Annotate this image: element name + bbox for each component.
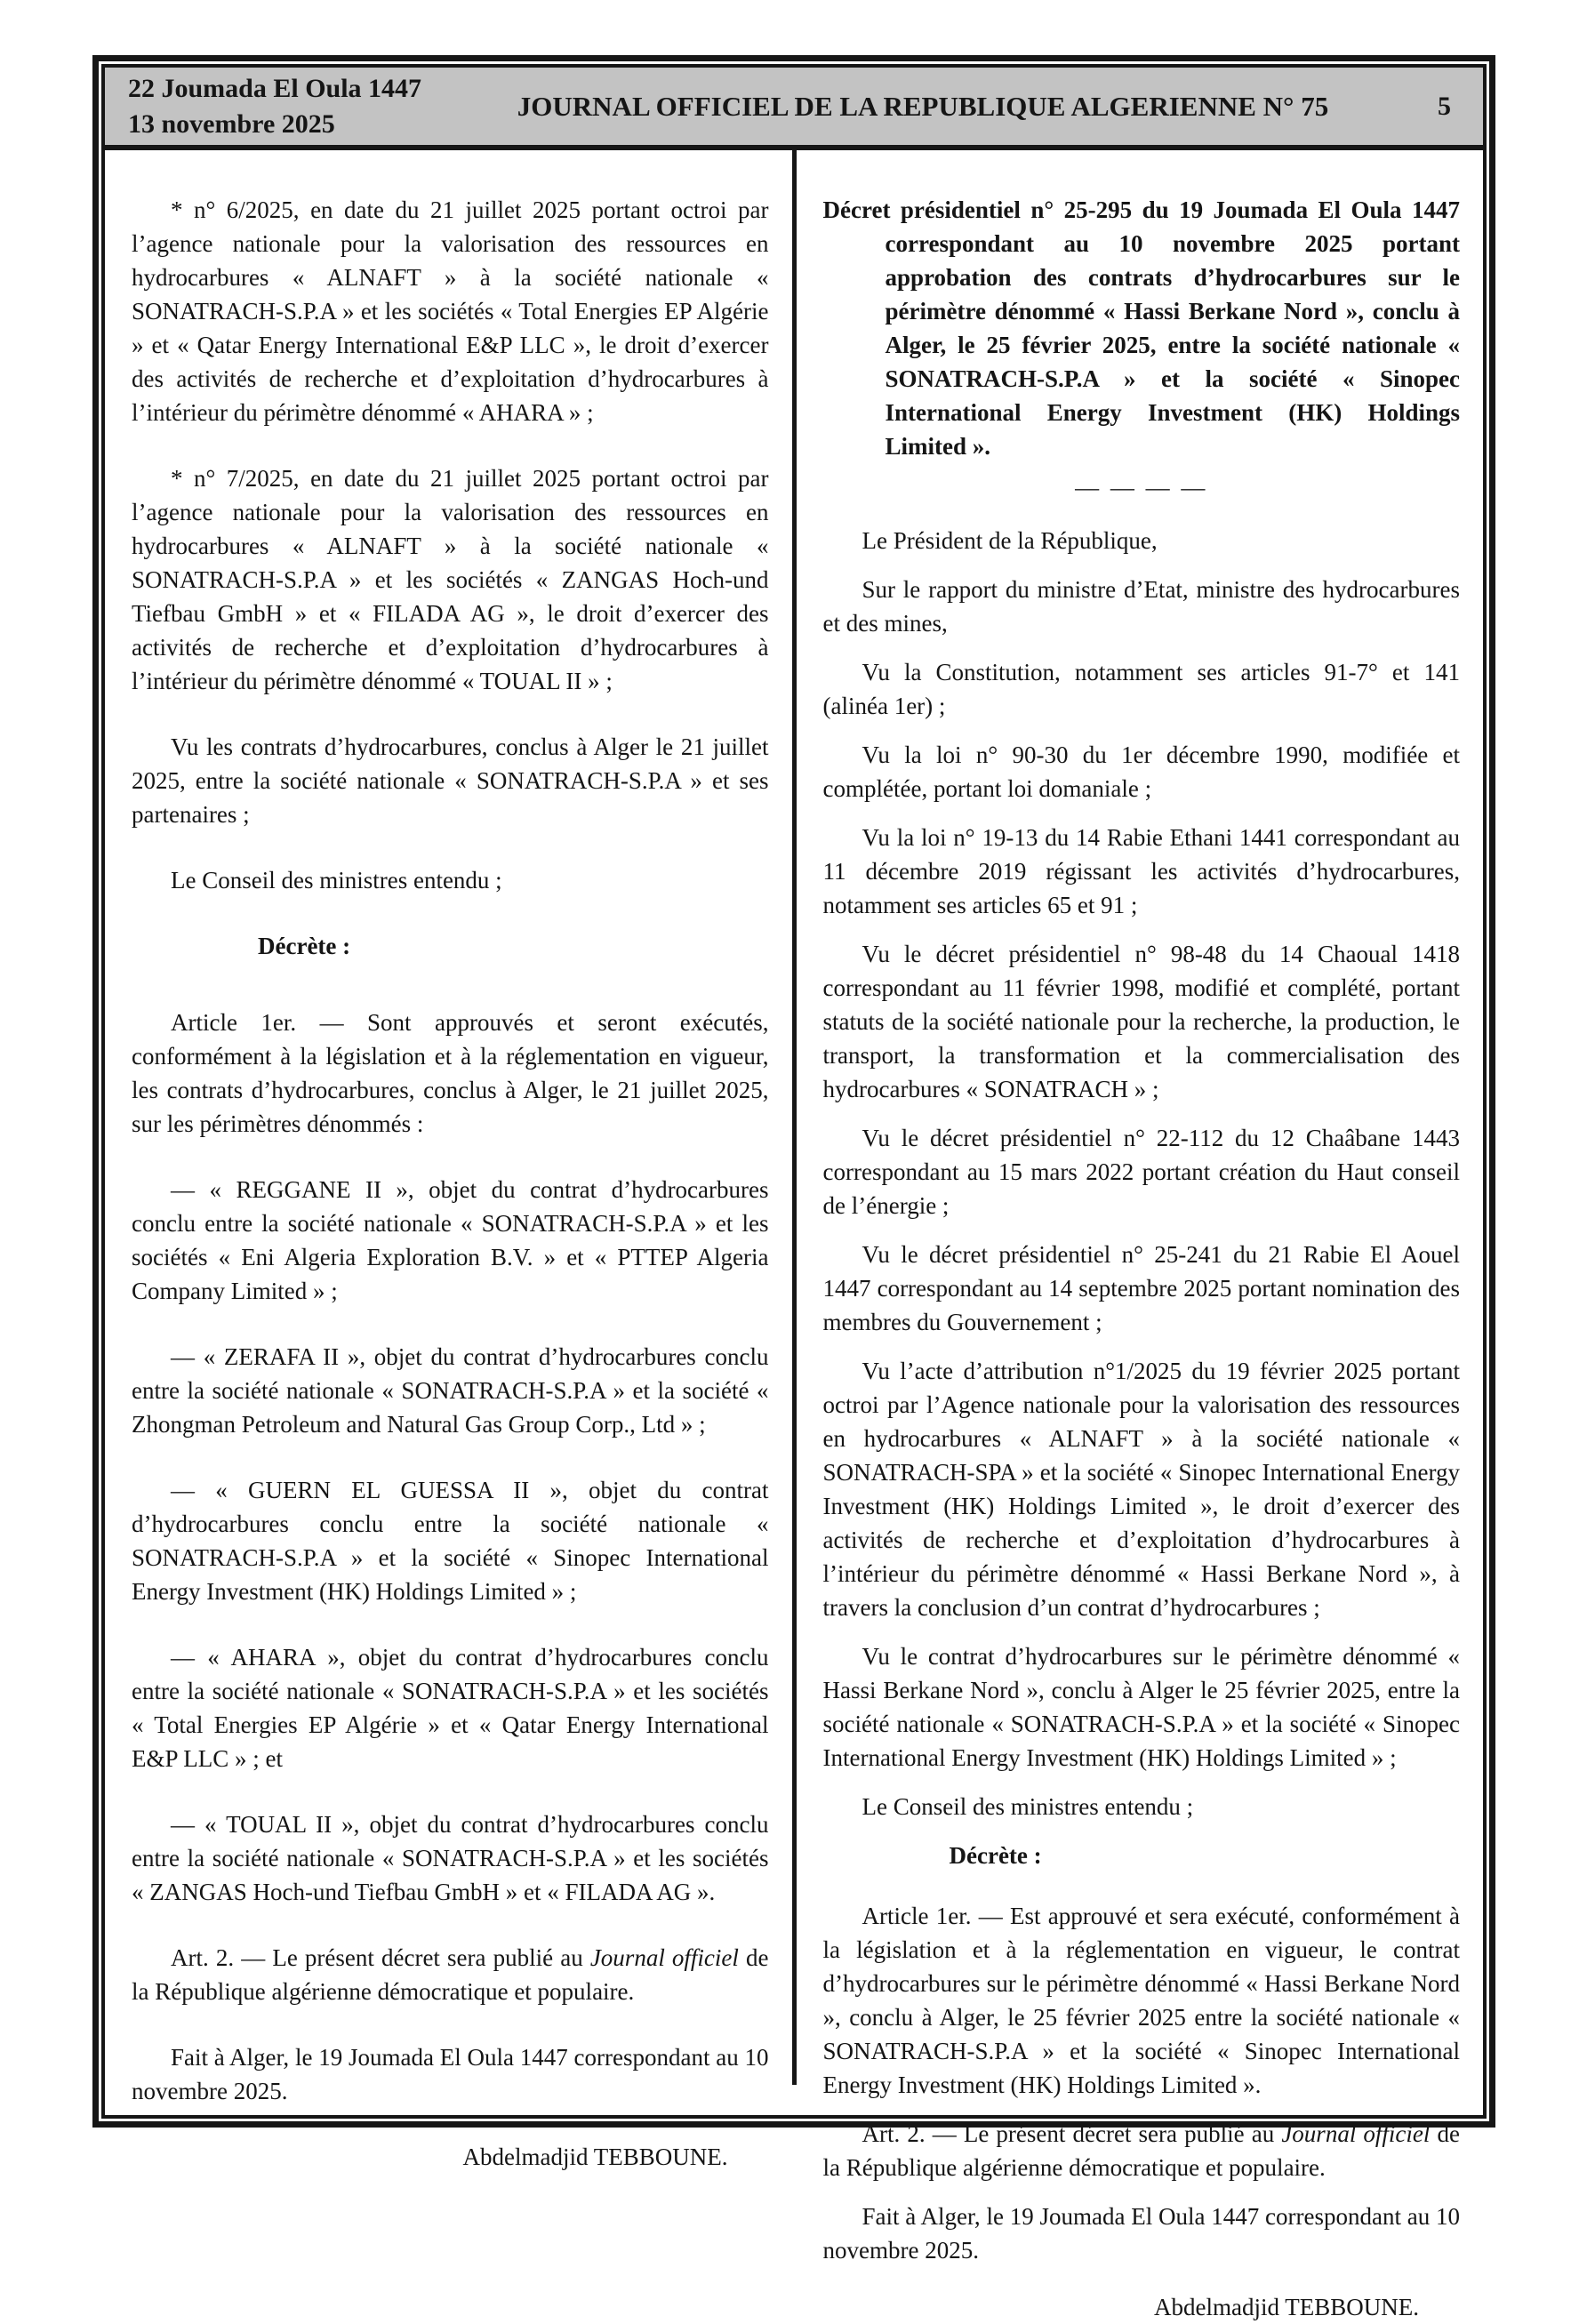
- left-column: * n° 6/2025, en date du 21 juillet 2025 …: [105, 150, 792, 2115]
- list-item-guern-el-guessa-ii: — « GUERN EL GUESSA II », objet du contr…: [132, 1473, 769, 1608]
- date-hijri: 22 Joumada El Oula 1447: [128, 71, 457, 107]
- paragraph-fait-a-alger: Fait à Alger, le 19 Joumada El Oula 1447…: [823, 2200, 1461, 2246]
- paragraph-article-2: Art. 2. — Le présent décret sera publié …: [132, 1941, 769, 2008]
- decrete-label: Décrète :: [823, 1839, 1461, 1872]
- paragraph-vu-constitution: Vu la Constitution, notamment ses articl…: [823, 655, 1461, 723]
- article-2-text: Art. 2. — Le présent décret sera publié …: [171, 1944, 590, 1971]
- paragraph-article-1: Article 1er. — Est approuvé et sera exéc…: [823, 1899, 1461, 2102]
- paragraph-vu-decret-25-241: Vu le décret présidentiel n° 25-241 du 2…: [823, 1238, 1461, 1339]
- paragraph-president: Le Président de la République,: [823, 524, 1461, 557]
- signature: Abdelmadjid TEBBOUNE.: [132, 2140, 769, 2174]
- paragraph-vu-loi-19-13: Vu la loi n° 19-13 du 14 Rabie Ethani 14…: [823, 821, 1461, 922]
- content-area: * n° 6/2025, en date du 21 juillet 2025 …: [105, 150, 1483, 2115]
- paragraph-vu-decret-22-112: Vu le décret présidentiel n° 22-112 du 1…: [823, 1121, 1461, 1222]
- masthead-dates: 22 Joumada El Oula 1447 13 novembre 2025: [128, 71, 457, 142]
- page-frame: 22 Joumada El Oula 1447 13 novembre 2025…: [92, 55, 1495, 2128]
- paragraph-vu-decret-98-48: Vu le décret présidentiel n° 98-48 du 14…: [823, 937, 1461, 1106]
- right-column: Décret présidentiel n° 25-295 du 19 Joum…: [797, 150, 1484, 2115]
- page-number: 5: [1389, 92, 1458, 122]
- paragraph-vu-loi-90-30: Vu la loi n° 90-30 du 1er décembre 1990,…: [823, 738, 1461, 805]
- paragraph-vu-contrat-hassi-berkane: Vu le contrat d’hydrocarbures sur le pér…: [823, 1639, 1461, 1775]
- journal-officiel-italic: Journal officiel: [590, 1944, 739, 1971]
- journal-officiel-italic: Journal officiel: [1281, 2120, 1430, 2147]
- list-item-ahara: — « AHARA », objet du contrat d’hydrocar…: [132, 1640, 769, 1775]
- list-item-zerafa-ii: — « ZERAFA II », objet du contrat d’hydr…: [132, 1340, 769, 1441]
- paragraph-vu-acte-attribution: Vu l’acte d’attribution n°1/2025 du 19 f…: [823, 1354, 1461, 1624]
- paragraph-octroi-7-2025: * n° 7/2025, en date du 21 juillet 2025 …: [132, 461, 769, 698]
- decree-title: Décret présidentiel n° 25-295 du 19 Joum…: [823, 193, 1461, 463]
- list-item-reggane-ii: — « REGGANE II », objet du contrat d’hyd…: [132, 1173, 769, 1308]
- decrete-label: Décrète :: [132, 929, 769, 963]
- paragraph-conseil-ministres: Le Conseil des ministres entendu ;: [132, 863, 769, 897]
- masthead: 22 Joumada El Oula 1447 13 novembre 2025…: [105, 68, 1483, 150]
- list-item-toual-ii: — « TOUAL II », objet du contrat d’hydro…: [132, 1807, 769, 1909]
- date-gregorian: 13 novembre 2025: [128, 107, 457, 142]
- paragraph-vu-contrats: Vu les contrats d’hydrocarbures, conclus…: [132, 730, 769, 831]
- dash-separator: — — — —: [823, 470, 1461, 504]
- journal-title: JOURNAL OFFICIEL DE LA REPUBLIQUE ALGERI…: [457, 91, 1389, 123]
- paragraph-rapport-ministre: Sur le rapport du ministre d’Etat, minis…: [823, 573, 1461, 640]
- page-frame-inner: 22 Joumada El Oula 1447 13 novembre 2025…: [101, 64, 1487, 2119]
- paragraph-octroi-6-2025: * n° 6/2025, en date du 21 juillet 2025 …: [132, 193, 769, 429]
- paragraph-article-1: Article 1er. — Sont approuvés et seront …: [132, 1006, 769, 1141]
- article-2-text: Art. 2. — Le présent décret sera publié …: [862, 2120, 1282, 2147]
- paragraph-article-2: Art. 2. — Le présent décret sera publié …: [823, 2117, 1461, 2184]
- paragraph-conseil-ministres: Le Conseil des ministres entendu ;: [823, 1790, 1461, 1823]
- paragraph-fait-a-alger: Fait à Alger, le 19 Joumada El Oula 1447…: [132, 2040, 769, 2108]
